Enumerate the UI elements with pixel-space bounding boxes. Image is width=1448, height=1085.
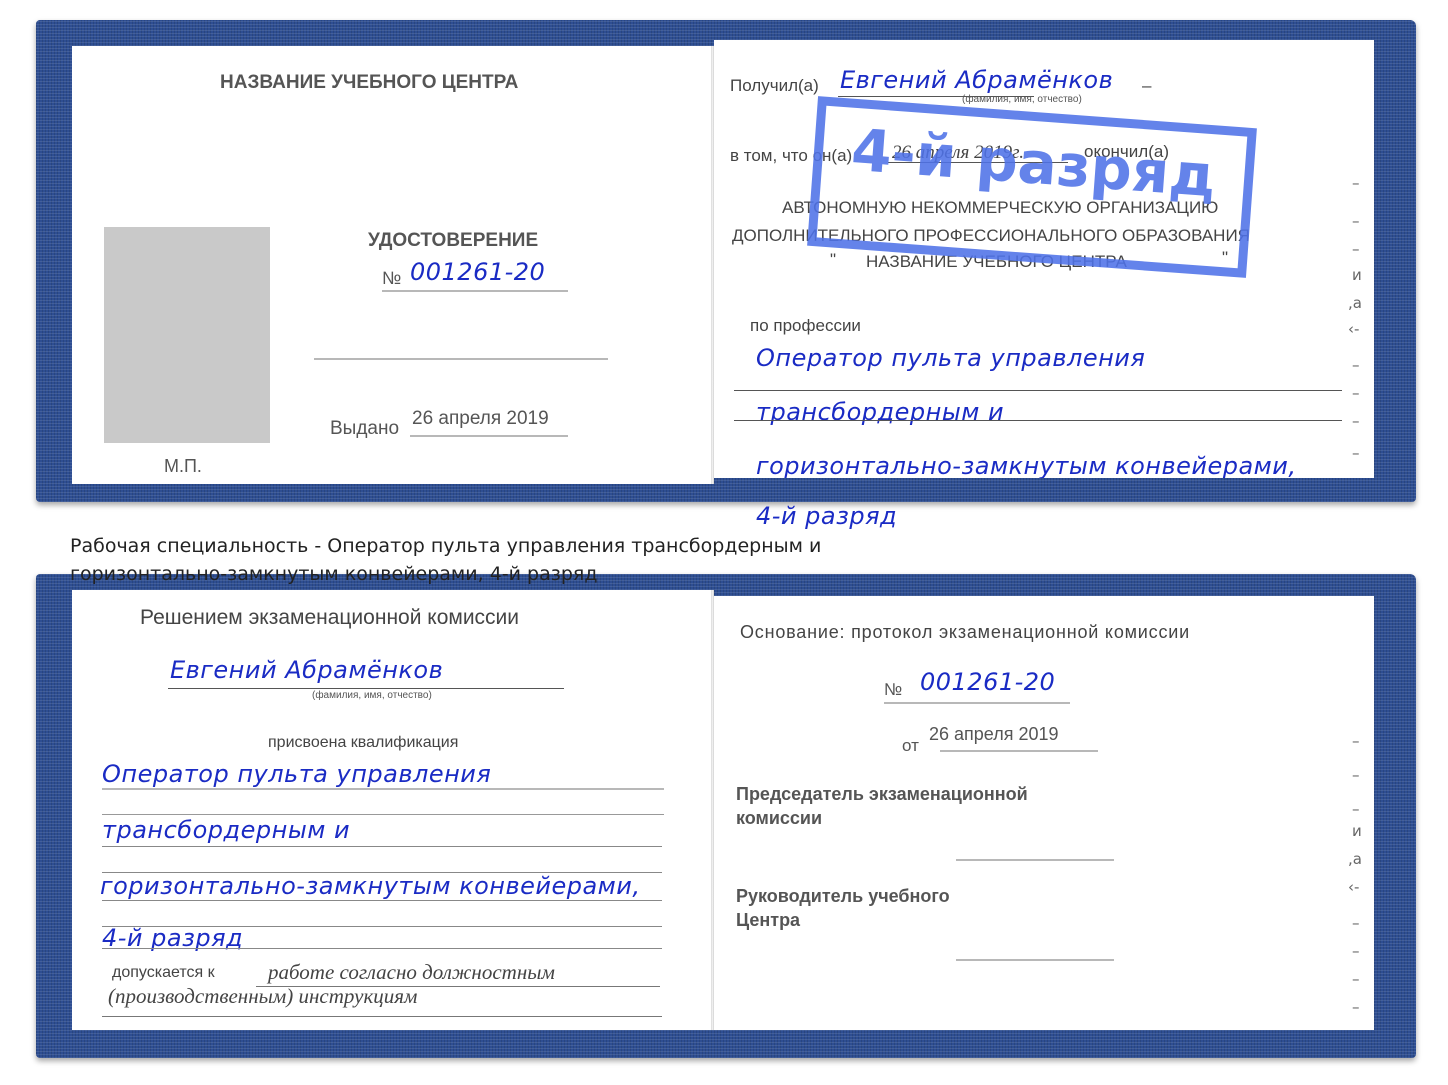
edge-mark: – xyxy=(1352,212,1360,230)
blank-line xyxy=(314,358,608,360)
edge-mark: – xyxy=(1352,384,1360,402)
profession-rule-1 xyxy=(734,390,1342,391)
protocol-date-prefix: от xyxy=(902,736,919,756)
profession-line-4: 4-й разряд xyxy=(756,502,897,530)
org-line-3-open-quote: " xyxy=(830,250,836,270)
admitted-line-1: работе согласно должностным xyxy=(268,960,555,985)
issued-date: 26 апреля 2019 xyxy=(412,408,549,430)
name-hint: (фамилия, имя, отчество) xyxy=(962,94,1082,105)
bottom-right-page: Основание: протокол экзаменационной коми… xyxy=(714,596,1374,1030)
photo-placeholder xyxy=(104,227,270,443)
chairman-line-2: комиссии xyxy=(736,808,822,829)
top-left-page: НАЗВАНИЕ УЧЕБНОГО ЦЕНТРА УДОСТОВЕРЕНИЕ №… xyxy=(72,46,712,484)
edge-mark: – xyxy=(1352,970,1360,988)
qualification-rule-1b xyxy=(102,814,664,815)
protocol-number: 001261-20 xyxy=(920,668,1055,696)
commission-heading: Решением экзаменационной комиссии xyxy=(140,606,519,630)
edge-mark: – xyxy=(1352,914,1360,932)
edge-mark: ‹- xyxy=(1348,320,1359,338)
edge-mark: – xyxy=(1352,942,1360,960)
edge-mark: ,а xyxy=(1348,294,1362,312)
recipient-name: Евгений Абрамёнков xyxy=(170,656,443,684)
director-signature-line xyxy=(956,959,1114,961)
admitted-label: допускается к xyxy=(112,964,215,982)
profession-line-3: горизонтально-замкнутым конвейерами, xyxy=(756,452,1297,478)
edge-mark: ‹- xyxy=(1348,878,1359,896)
grade-stamp-text: 4-й разряд xyxy=(821,114,1247,213)
qualification-label: присвоена квалификация xyxy=(268,734,458,752)
edge-mark: – xyxy=(1352,444,1360,462)
number-underline xyxy=(382,290,568,292)
received-label: Получил(а) xyxy=(730,76,819,96)
issued-label: Выдано xyxy=(330,418,399,440)
profession-rule-2 xyxy=(734,420,1342,421)
specialty-caption: Рабочая специальность - Оператор пульта … xyxy=(70,532,930,588)
protocol-date-underline xyxy=(940,750,1098,752)
qualification-rule-2 xyxy=(102,846,662,847)
doc-title: УДОСТОВЕРЕНИЕ xyxy=(368,230,538,252)
grade-stamp: 4-й разряд xyxy=(807,96,1257,278)
director-line-2: Центра xyxy=(736,910,800,931)
admitted-rule-2 xyxy=(102,1016,662,1017)
org-title: НАЗВАНИЕ УЧЕБНОГО ЦЕНТРА xyxy=(220,72,518,94)
number-prefix: № xyxy=(382,268,401,289)
issued-underline xyxy=(410,435,568,437)
chairman-line-1: Председатель экзаменационной xyxy=(736,784,1028,805)
qualification-line-1: Оператор пульта управления xyxy=(102,760,491,788)
edge-mark: и xyxy=(1352,266,1362,284)
recipient-underline xyxy=(168,688,564,689)
qualification-rule-1 xyxy=(102,788,664,790)
profession-label: по профессии xyxy=(750,316,861,336)
edge-mark: – xyxy=(1352,766,1360,784)
qualification-rule-3 xyxy=(102,900,662,901)
edge-mark: – xyxy=(1352,998,1360,1016)
qualification-line-2: трансбордерным и xyxy=(102,816,350,844)
director-line-1: Руководитель учебного xyxy=(736,886,950,907)
protocol-number-underline xyxy=(884,702,1070,704)
profession-line-2: трансбордерным и xyxy=(756,398,1004,426)
basis-label: Основание: протокол экзаменационной коми… xyxy=(740,622,1190,643)
edge-mark: – xyxy=(1352,732,1360,750)
edge-mark: и xyxy=(1352,822,1362,840)
recipient-trailing-dash: – xyxy=(1142,76,1151,96)
protocol-number-prefix: № xyxy=(884,680,902,700)
edge-mark: – xyxy=(1352,356,1360,374)
qualification-line-3: горизонтально-замкнутым конвейерами, xyxy=(100,872,641,900)
protocol-date: 26 апреля 2019 xyxy=(929,724,1059,745)
edge-mark: ,а xyxy=(1348,850,1362,868)
edge-mark: – xyxy=(1352,412,1360,430)
certificate-number: 001261-20 xyxy=(410,258,545,286)
bottom-left-page: Решением экзаменационной комиссии Евгени… xyxy=(72,590,712,1030)
chairman-signature-line xyxy=(956,859,1114,861)
edge-mark: – xyxy=(1352,800,1360,818)
profession-line-1: Оператор пульта управления xyxy=(756,344,1145,372)
name-hint: (фамилия, имя, отчество) xyxy=(312,690,432,701)
edge-mark: – xyxy=(1352,174,1360,192)
qualification-rule-4 xyxy=(102,948,662,949)
edge-mark: – xyxy=(1352,240,1360,258)
recipient-name: Евгений Абрамёнков xyxy=(840,66,1113,94)
admitted-line-2: (производственным) инструкциям xyxy=(108,984,417,1009)
seal-label: М.П. xyxy=(164,456,202,477)
